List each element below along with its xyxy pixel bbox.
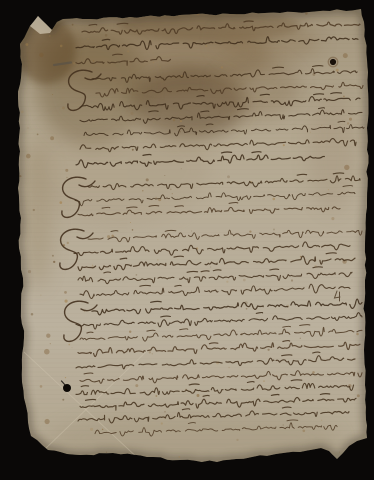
manuscript-scan: [0, 0, 374, 480]
ink-blot: [63, 384, 71, 392]
wormhole: [330, 59, 336, 65]
stain: [26, 110, 210, 226]
manuscript-photo: [0, 0, 374, 480]
